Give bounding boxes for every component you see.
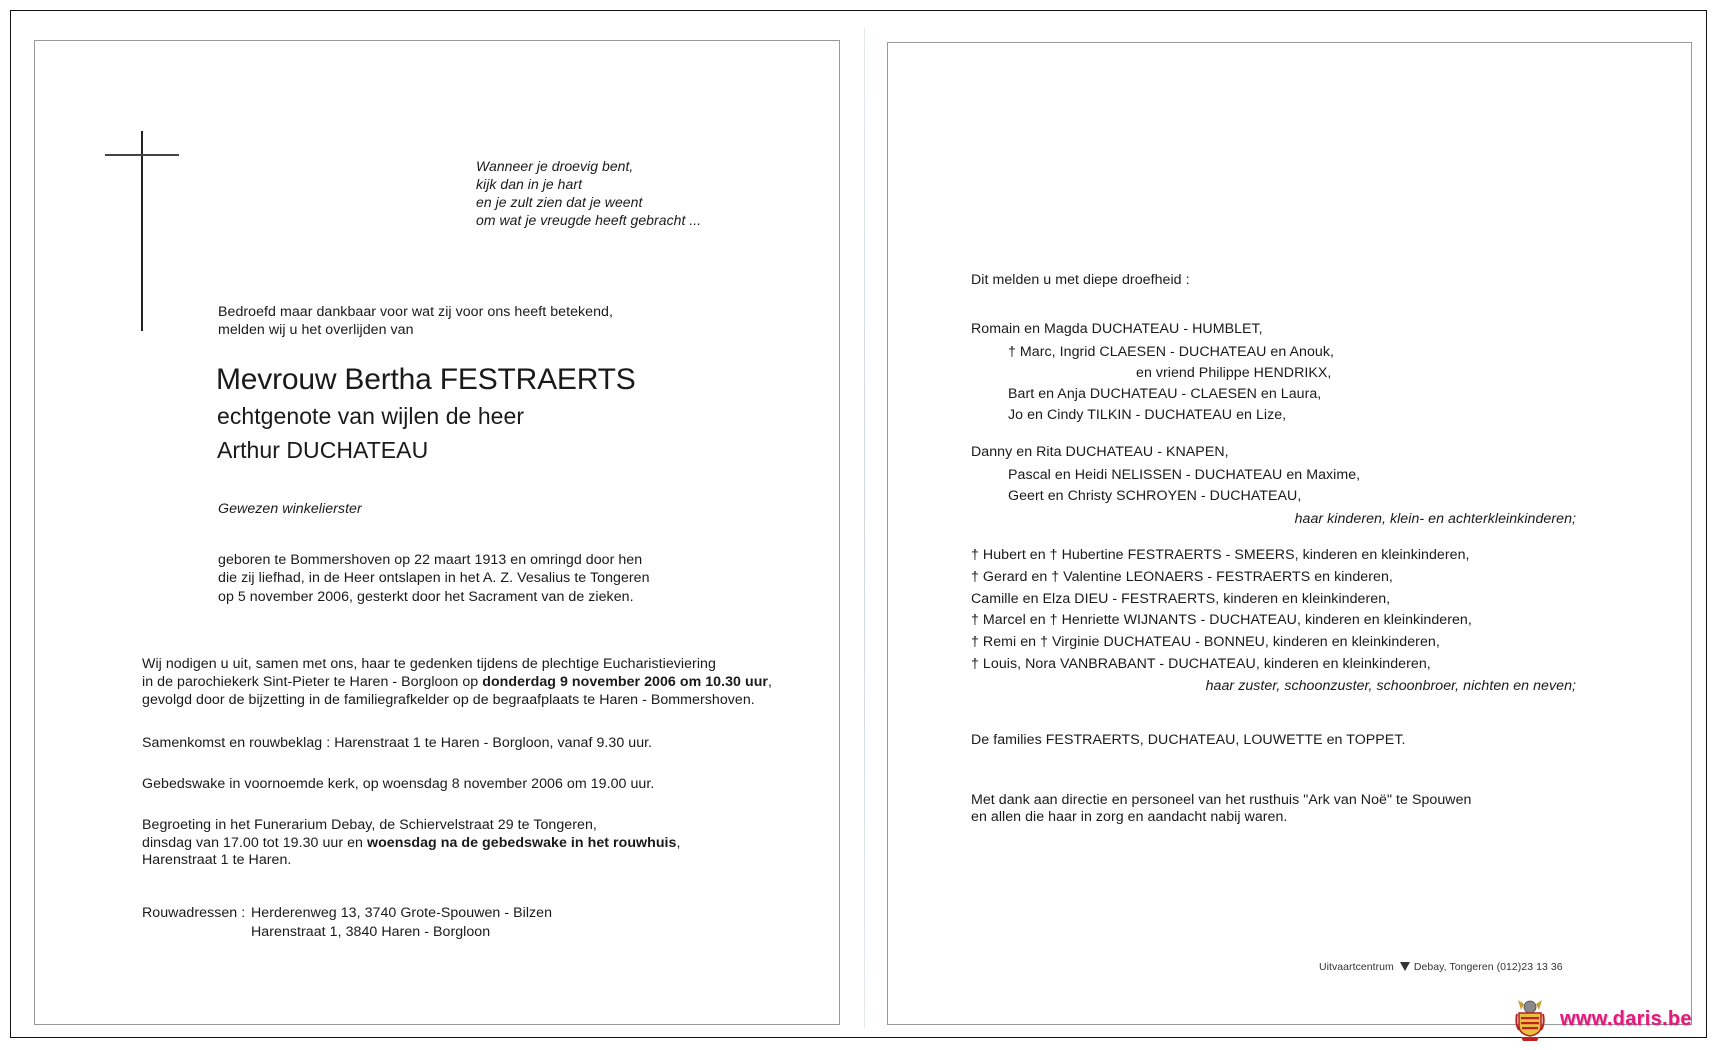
family-line: † Marc, Ingrid CLAESEN - DUCHATEAU en An… — [1008, 344, 1334, 361]
families-line: De families FESTRAERTS, DUCHATEAU, LOUWE… — [971, 732, 1405, 749]
poem-line: Wanneer je droevig bent, — [476, 158, 633, 175]
footer-contact: Debay, Tongeren (012)23 13 36 — [1414, 961, 1563, 973]
poem-line: kijk dan in je hart — [476, 176, 582, 193]
funeral-date-time: donderdag 9 november 2006 om 10.30 uur — [482, 674, 768, 690]
deceased-name: Mevrouw Bertha FESTRAERTS — [216, 363, 636, 397]
birth-death-line: die zij liefhad, in de Heer ontslapen in… — [218, 570, 650, 587]
cross-horizontal — [105, 154, 179, 156]
family-line: Jo en Cindy TILKIN - DUCHATEAU en Lize, — [1008, 407, 1286, 424]
thanks-line: Met dank aan directie en personeel van h… — [971, 792, 1471, 809]
spouse-line: echtgenote van wijlen de heer — [217, 403, 524, 430]
family-line: Danny en Rita DUCHATEAU - KNAPEN, — [971, 444, 1229, 461]
punctuation: , — [677, 835, 681, 851]
left-page-frame — [34, 40, 840, 1025]
intro-line: melden wij u het overlijden van — [218, 322, 414, 339]
fold-line — [864, 28, 865, 1028]
greeting-line: Begroeting in het Funerarium Debay, de S… — [142, 817, 597, 834]
family-line: en vriend Philippe HENDRIKX, — [1136, 365, 1331, 382]
greeting-line: Harenstraat 1 te Haren. — [142, 852, 291, 869]
greeting-line: dinsdag van 17.00 tot 19.30 uur en woens… — [142, 835, 681, 852]
coat-of-arms-icon — [1515, 996, 1545, 1042]
birth-death-line: op 5 november 2006, gesterkt door het Sa… — [218, 589, 634, 606]
funeral-home-footer: UitvaartcentrumDebay, Tongeren (012)23 1… — [1319, 959, 1563, 976]
addresses-label: Rouwadressen : — [142, 905, 245, 922]
gathering-text: Samenkomst en rouwbeklag : Harenstraat 1… — [142, 735, 652, 752]
right-page-frame — [887, 42, 1692, 1025]
invitation-text-plain: in de parochiekerk Sint-Pieter te Haren … — [142, 674, 482, 690]
family-line: Pascal en Heidi NELISSEN - DUCHATEAU en … — [1008, 467, 1360, 484]
greeting-emphasis: woensdag na de gebedswake in het rouwhui… — [367, 835, 677, 851]
invitation-line: gevolgd door de bijzetting in de familie… — [142, 692, 755, 709]
poem-line: en je zult zien dat je weent — [476, 194, 642, 211]
occupation: Gewezen winkelierster — [218, 501, 362, 518]
family-line: Bart en Anja DUCHATEAU - CLAESEN en Laur… — [1008, 386, 1321, 403]
watermark-link[interactable]: www.daris.be — [1560, 1008, 1692, 1031]
family-line: † Louis, Nora VANBRABANT - DUCHATEAU, ki… — [971, 656, 1431, 673]
family-line: Geert en Christy SCHROYEN - DUCHATEAU, — [1008, 488, 1301, 505]
family-line: † Marcel en † Henriette WIJNANTS - DUCHA… — [971, 612, 1472, 629]
address-line: Herderenweg 13, 3740 Grote-Spouwen - Bil… — [251, 905, 552, 922]
spouse-name: Arthur DUCHATEAU — [217, 437, 428, 464]
family-line: † Remi en † Virginie DUCHATEAU - BONNEU,… — [971, 634, 1440, 651]
address-line: Harenstraat 1, 3840 Haren - Borgloon — [251, 924, 490, 941]
invitation-line: in de parochiekerk Sint-Pieter te Haren … — [142, 674, 772, 691]
relation-line: haar kinderen, klein- en achterkleinkind… — [1176, 511, 1576, 528]
announcement-heading: Dit melden u met diepe droefheid : — [971, 272, 1190, 289]
vigil-text: Gebedswake in voornoemde kerk, op woensd… — [142, 776, 654, 793]
invitation-line: Wij nodigen u uit, samen met ons, haar t… — [142, 656, 716, 673]
triangle-down-icon — [1400, 962, 1410, 971]
family-line: † Hubert en † Hubertine FESTRAERTS - SME… — [971, 547, 1470, 564]
footer-prefix: Uitvaartcentrum — [1319, 961, 1394, 973]
family-line: Camille en Elza DIEU - FESTRAERTS, kinde… — [971, 591, 1390, 608]
relation-line: haar zuster, schoonzuster, schoonbroer, … — [1126, 678, 1576, 695]
greeting-text-plain: dinsdag van 17.00 tot 19.30 uur en — [142, 835, 367, 851]
birth-death-line: geboren te Bommershoven op 22 maart 1913… — [218, 552, 642, 569]
cross-vertical — [141, 131, 143, 331]
punctuation: , — [768, 674, 772, 690]
poem-line: om wat je vreugde heeft gebracht ... — [476, 212, 701, 229]
family-line: Romain en Magda DUCHATEAU - HUMBLET, — [971, 321, 1263, 338]
intro-line: Bedroefd maar dankbaar voor wat zij voor… — [218, 304, 613, 321]
thanks-line: en allen die haar in zorg en aandacht na… — [971, 809, 1287, 826]
family-line: † Gerard en † Valentine LEONAERS - FESTR… — [971, 569, 1393, 586]
